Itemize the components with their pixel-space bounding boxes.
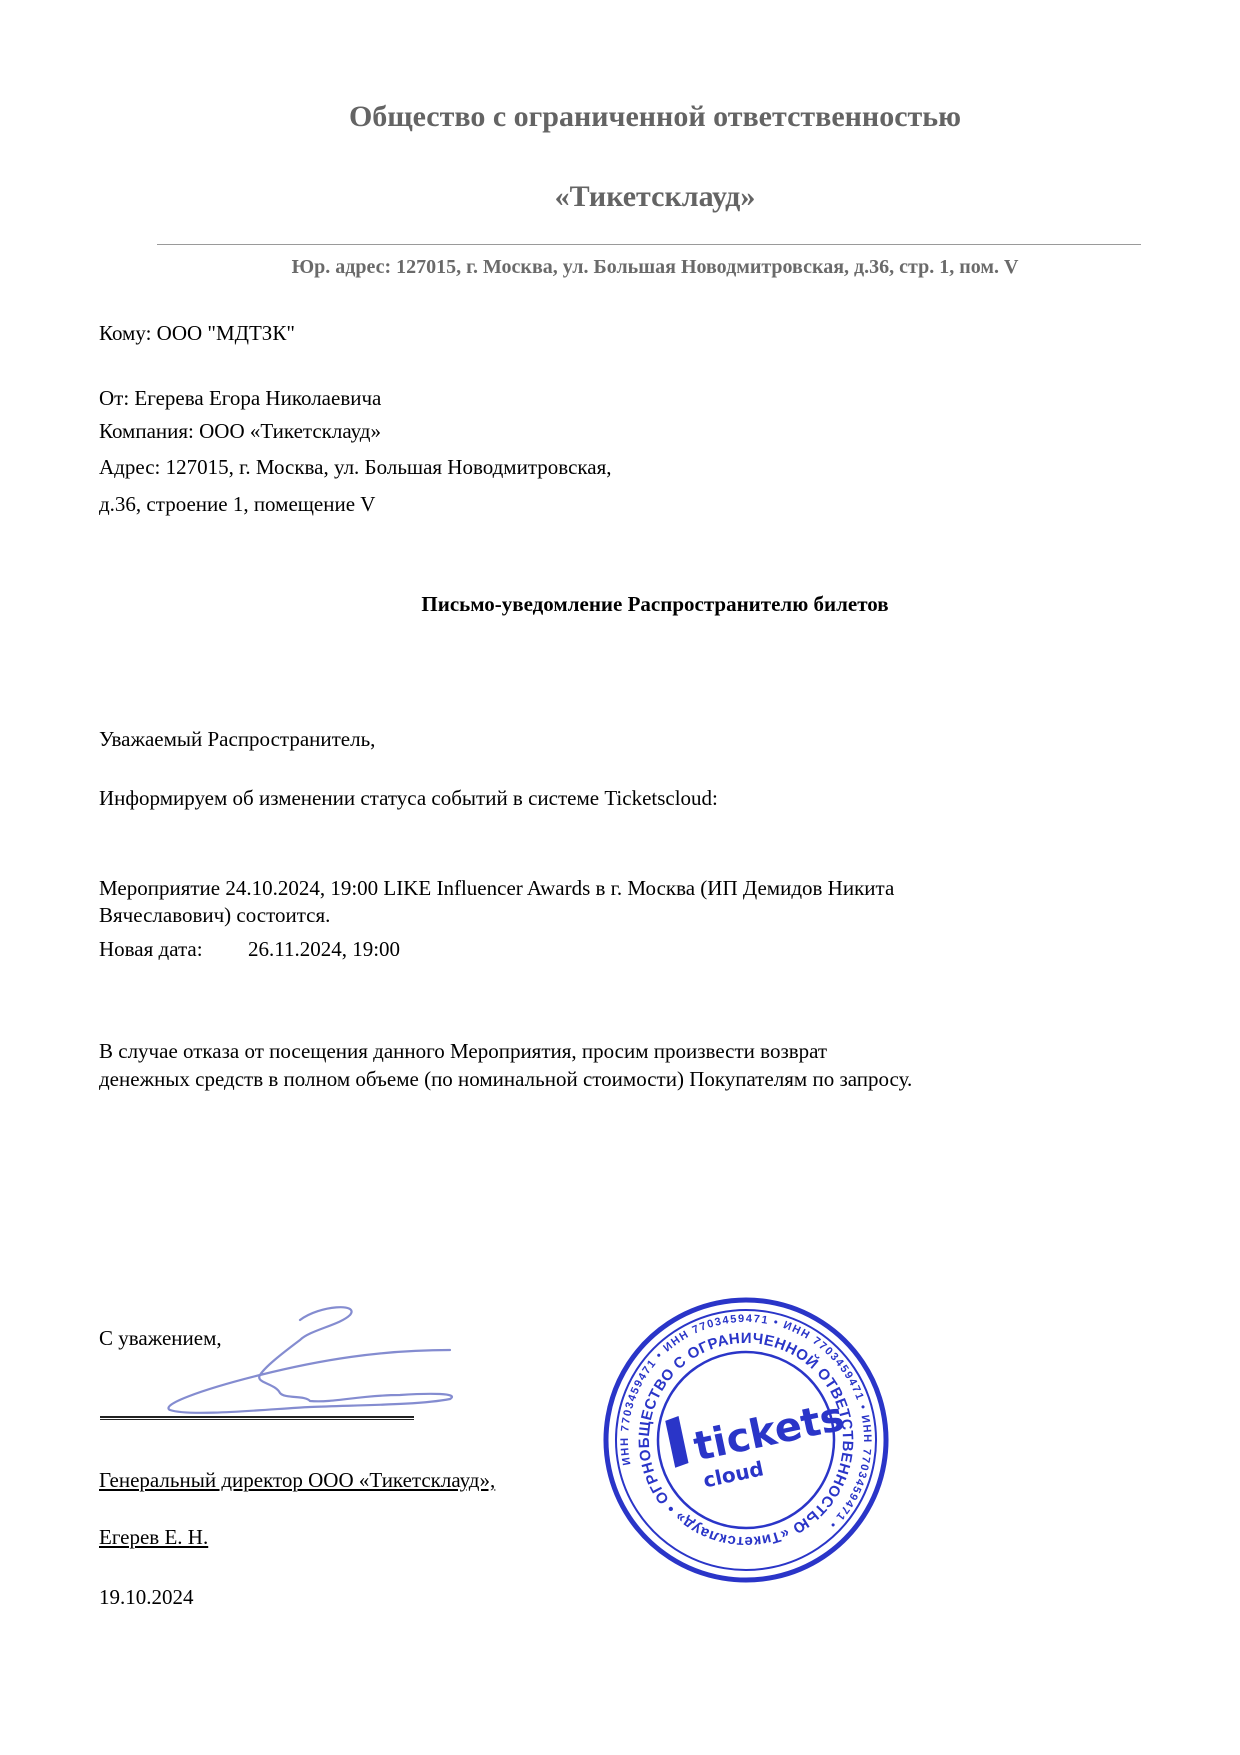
greeting: Уважаемый Распространитель, — [99, 727, 375, 752]
refund-line1: В случае отказа от посещения данного Мер… — [99, 1039, 827, 1064]
letterhead-company-line2: «Тикетсклауд» — [0, 180, 1240, 214]
sender-address-line2: д.36, строение 1, помещение V — [99, 492, 375, 517]
event-line1: Мероприятие 24.10.2024, 19:00 LIKE Influ… — [99, 876, 894, 901]
signer-name: Егерев Е. Н. — [99, 1525, 208, 1550]
refund-line2: денежных средств в полном объеме (по ном… — [99, 1067, 912, 1092]
sender-company: Компания: ООО «Тикетсклауд» — [99, 419, 381, 444]
sender-from: От: Егерева Егора Николаевича — [99, 386, 381, 411]
letterhead-legal-address: Юр. адрес: 127015, г. Москва, ул. Больша… — [0, 256, 1240, 279]
new-date-label: Новая дата: — [99, 937, 203, 962]
letterhead-company-line1: Общество с ограниченной ответственностью — [0, 100, 1240, 134]
letter-subject: Письмо-уведомление Распространителю биле… — [0, 592, 1240, 617]
signature-line — [100, 1416, 414, 1420]
recipient: Кому: ООО "МДТЗК" — [99, 321, 295, 346]
svg-text:tickets: tickets — [690, 1394, 848, 1471]
letterhead-divider — [157, 244, 1141, 245]
event-line2: Вячеславович) состоится. — [99, 903, 330, 928]
signature-icon — [160, 1295, 480, 1415]
letter-date: 19.10.2024 — [99, 1585, 194, 1610]
company-stamp-icon: ИНН 7703459471 • ИНН 7703459471 • ИНН 77… — [596, 1290, 896, 1590]
signer-position: Генеральный директор ООО «Тикетсклауд», — [99, 1468, 495, 1493]
sender-address-line1: Адрес: 127015, г. Москва, ул. Большая Но… — [99, 455, 612, 480]
intro-text: Информируем об изменении статуса событий… — [99, 786, 718, 811]
new-date-value: 26.11.2024, 19:00 — [248, 937, 400, 962]
